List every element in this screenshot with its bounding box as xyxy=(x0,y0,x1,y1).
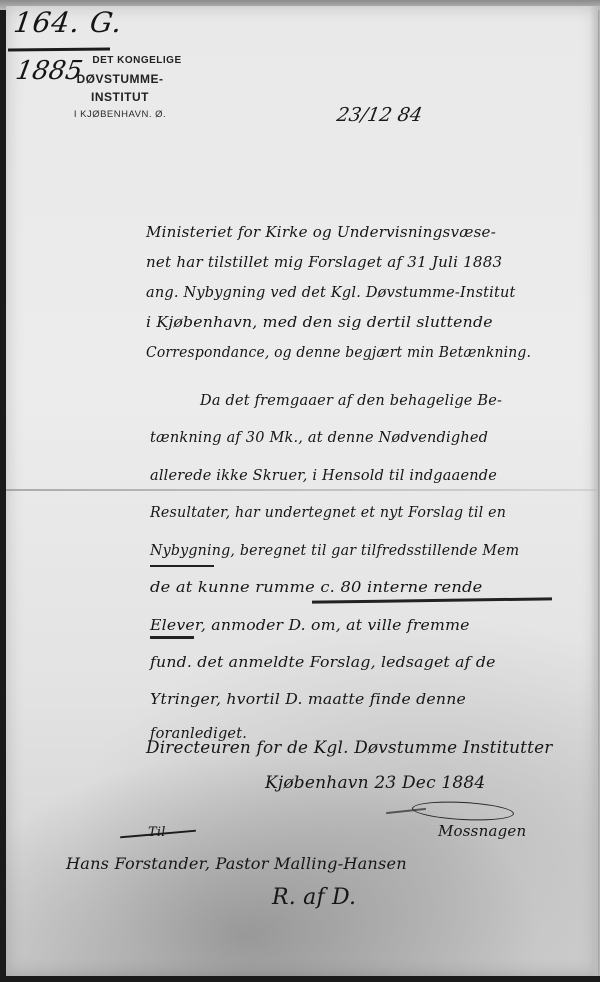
body-line: Nybygning, beregnet til gar tilfredsstil… xyxy=(150,543,519,559)
body-line: fund. det anmeldte Forslag, ledsaget af … xyxy=(150,655,496,671)
underline-nybygning xyxy=(150,565,214,567)
paper-right-edge xyxy=(590,6,600,976)
body-line: net har tilstillet mig Forslaget af 31 J… xyxy=(146,255,502,271)
place-date: Kjøbenhavn 23 Dec 1884 xyxy=(265,773,485,793)
body-line: ang. Nybygning ved det Kgl. Døvstumme-In… xyxy=(146,285,516,301)
letterhead-line-2: DØVSTUMME-INSTITUT xyxy=(50,70,190,106)
sender-line: Directeuren for de Kgl. Døvstumme Instit… xyxy=(146,738,553,757)
body-line: tænkning af 30 Mk., at denne Nødvendighe… xyxy=(150,430,488,446)
body-line: Ytringer, hvortil D. maatte finde denne xyxy=(150,692,466,708)
body-line: Da det fremgaaer af den behagelige Be- xyxy=(200,393,502,409)
letterhead-line-1: DET KONGELIGE xyxy=(50,52,190,70)
paper-fold-line xyxy=(6,489,598,491)
letterhead: DET KONGELIGE DØVSTUMME-INSTITUT I KJØBE… xyxy=(50,52,190,124)
body-line: Correspondance, og denne begjært min Bet… xyxy=(146,345,531,361)
signature: Mossnagen xyxy=(438,822,526,840)
addressee: Hans Forstander, Pastor Malling-Hansen xyxy=(66,855,407,873)
addressee-label: Til xyxy=(148,825,166,840)
body-line: Resultater, har undertegnet et nyt Forsl… xyxy=(150,505,506,521)
archive-number: 164. G. xyxy=(12,6,125,39)
underline-elever xyxy=(150,636,194,639)
body-line: Elever, anmoder D. om, at ville fremme xyxy=(150,618,470,634)
addressee-honor: R. af D. xyxy=(272,885,356,910)
body-line: i Kjøbenhavn, med den sig dertil slutten… xyxy=(146,315,493,331)
received-date: 23/12 84 xyxy=(335,104,424,126)
body-line: de at kunne rumme c. 80 interne rende xyxy=(150,580,483,596)
letterhead-line-3: I KJØBENHAVN. Ø. xyxy=(50,106,190,124)
body-line: Ministeriet for Kirke og Undervisningsvæ… xyxy=(146,225,496,241)
body-line: allerede ikke Skruer, i Hensold til indg… xyxy=(150,468,497,484)
